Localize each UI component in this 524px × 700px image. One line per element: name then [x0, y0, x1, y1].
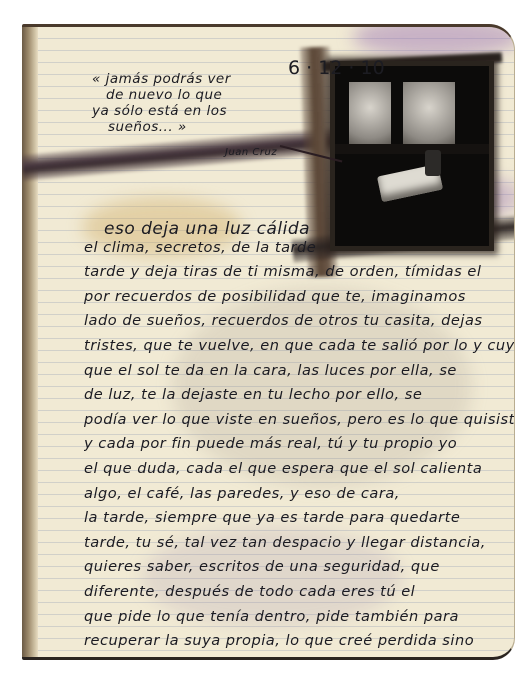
body-line: podía ver lo que viste en sueños, pero e…: [84, 408, 515, 433]
body-line: que el sol te da en la cara, las luces p…: [84, 359, 515, 384]
horizontal-brush-stroke: [22, 127, 342, 181]
quote-line: de nuevo lo que: [92, 87, 242, 103]
body-line: algo, el café, las paredes, y eso de car…: [84, 482, 515, 507]
body-line: el clima, secretos, de la tarde: [84, 236, 515, 261]
body-line: la tarde, siempre que ya es tarde para q…: [84, 506, 515, 531]
body-line: que pide lo que tenía dentro, pide tambi…: [84, 605, 515, 630]
body-line: lado de sueños, recuerdos de otros tu ca…: [84, 309, 515, 334]
quote-line: sueños... »: [92, 119, 242, 135]
cup: [425, 150, 441, 176]
handwritten-body: eso deja una luz cálida el clima, secret…: [84, 217, 515, 660]
notebook-spine: [22, 27, 38, 657]
body-line: quieres saber, escritos de una seguridad…: [84, 555, 515, 580]
body-line: y cada por fin puede más real, tú y tu p…: [84, 432, 515, 457]
body-line: tarde, tu sé, tal vez tan despacio y lle…: [84, 531, 515, 556]
body-line: el que duda, cada el que espera que el s…: [84, 457, 515, 482]
date-heading: 6 · 12 · 10: [288, 57, 385, 79]
body-line: que se queda en este paisaje sea pequeño…: [84, 654, 515, 660]
body-line: por recuerdos de posibilidad que te, ima…: [84, 285, 515, 310]
quote-line: ya sólo está en los: [92, 103, 242, 119]
notebook-page: 6 · 12 · 10 « jamás podrás ver de nuevo …: [22, 24, 515, 660]
body-line: tarde y deja tiras de ti misma, de orden…: [84, 260, 515, 285]
body-line: recuperar la suya propia, lo que creé pe…: [84, 629, 515, 654]
body-line: diferente, después de todo cada eres tú …: [84, 580, 515, 605]
quote: « jamás podrás ver de nuevo lo que ya só…: [92, 71, 242, 135]
body-line: tristes, que te vuelve, en que cada te s…: [84, 334, 515, 359]
body-line: de luz, te la dejaste en tu lecho por el…: [84, 383, 515, 408]
window-frame-bar: [335, 144, 489, 154]
quote-line: « jamás podrás ver: [92, 71, 242, 87]
window-pane-left: [349, 82, 391, 146]
window-pane-right: [403, 82, 455, 146]
quote-author: Juan Cruz: [225, 147, 277, 158]
